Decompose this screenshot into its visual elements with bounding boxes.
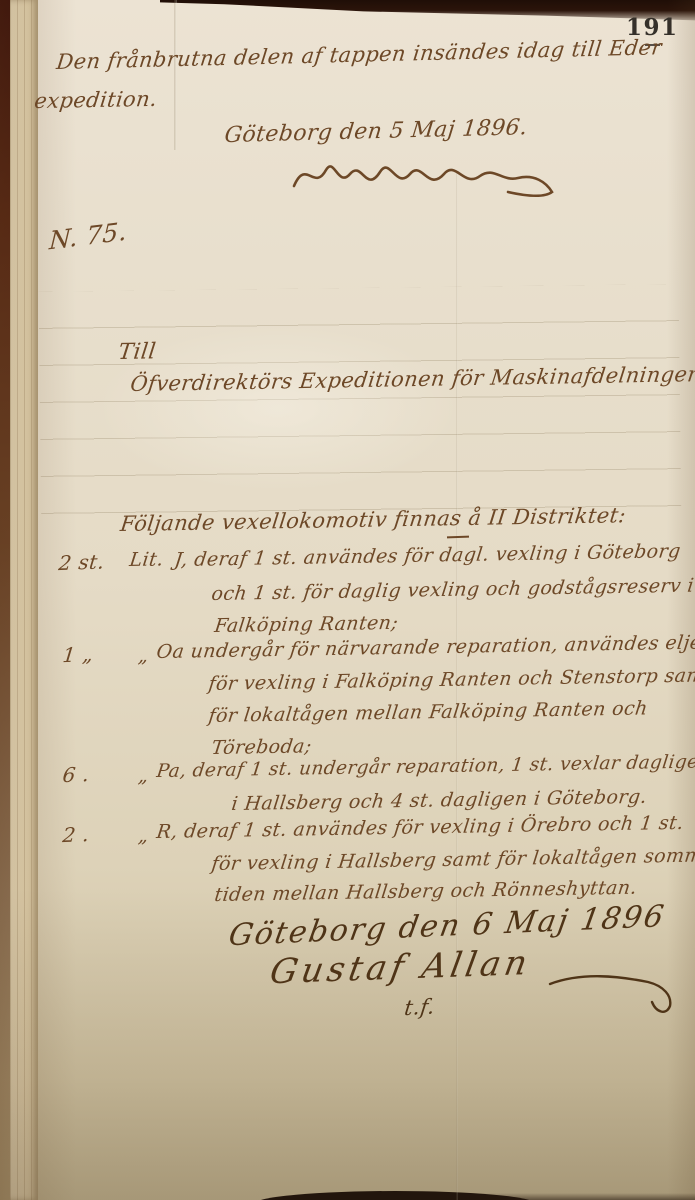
entry4-count: 2 . bbox=[61, 822, 90, 847]
note-line-2: expedition. bbox=[33, 87, 159, 113]
entry1-line-3: Falköping Ranten; bbox=[213, 612, 399, 637]
entry3-count: 6 . bbox=[61, 762, 90, 787]
entry1-prefix: Lit. bbox=[128, 548, 165, 571]
closing-title-tf: t.f. bbox=[403, 994, 436, 1020]
signature-scrawl bbox=[288, 148, 558, 203]
bottom-shadow bbox=[480, 1193, 695, 1200]
book-gutter bbox=[0, 0, 10, 1200]
page-edges-stack bbox=[10, 0, 38, 1200]
entry2-count: 1 „ bbox=[61, 642, 94, 667]
signature-flourish bbox=[548, 962, 678, 1022]
entry2-line-4: Töreboda; bbox=[210, 735, 313, 759]
address-to: Till bbox=[117, 339, 157, 365]
entry1-count: 2 st. bbox=[57, 549, 105, 575]
